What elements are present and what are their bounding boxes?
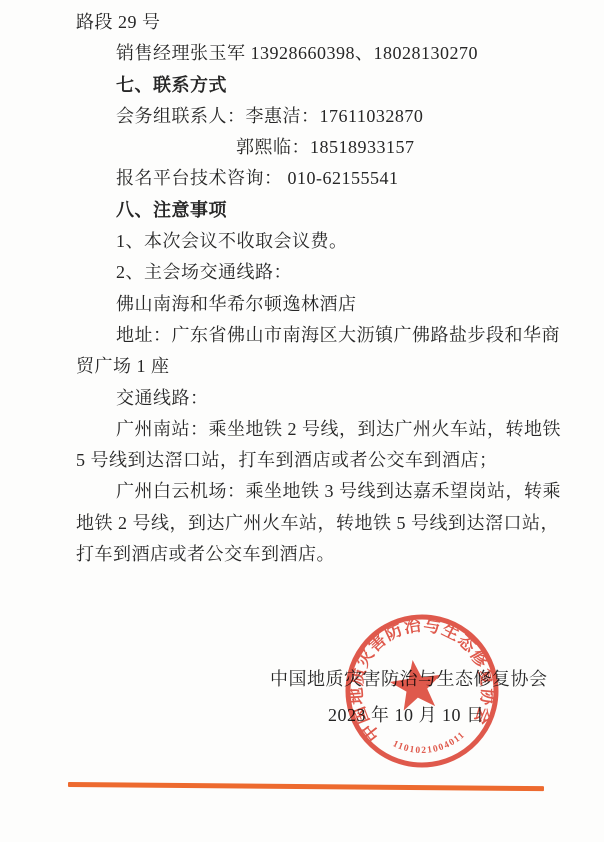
text-line: 广州南站：乘坐地铁 2 号线，到达广州火车站，转地铁 [76,414,548,445]
footer-divider [68,782,544,791]
seal-star-icon [387,656,445,712]
scanned-notice-page: 路段 29 号 销售经理张玉军 13928660398、18028130270 … [0,0,604,842]
text-line: 1、本次会议不收取会议费。 [76,226,548,257]
text-line: 七、联系方式 [76,70,548,101]
text-line: 5 号线到达滘口站，打车到酒店或者公交车到酒店； [76,445,548,476]
text-line: 广州白云机场：乘坐地铁 3 号线到达嘉禾望岗站，转乘 [76,476,548,507]
text-line: 报名平台技术咨询： 010-62155541 [76,163,548,194]
text-line: 贸广场 1 座 [76,351,548,382]
text-line: 地址：广东省佛山市南海区大沥镇广佛路盐步段和华商 [76,320,548,351]
text-line: 地铁 2 号线，到达广州火车站，转地铁 5 号线到达滘口站， [76,508,548,539]
text-line: 郭熙临：18518933157 [76,132,548,163]
text-line: 2、主会场交通线路： [76,257,548,288]
official-seal: 中国地质灾害防治与生态修复协会 1101021004011 [333,602,511,780]
text-line: 八、注意事项 [76,195,548,226]
text-line: 打车到酒店或者公交车到酒店。 [76,539,548,570]
text-line: 路段 29 号 [76,7,548,38]
document-body: 路段 29 号 销售经理张玉军 13928660398、18028130270 … [76,7,548,570]
text-line: 佛山南海和华希尔顿逸林酒店 [76,289,548,320]
text-line: 会务组联系人：李惠洁：17611032870 [76,101,548,132]
text-line: 交通线路： [76,383,548,414]
text-line: 销售经理张玉军 13928660398、18028130270 [76,38,548,69]
